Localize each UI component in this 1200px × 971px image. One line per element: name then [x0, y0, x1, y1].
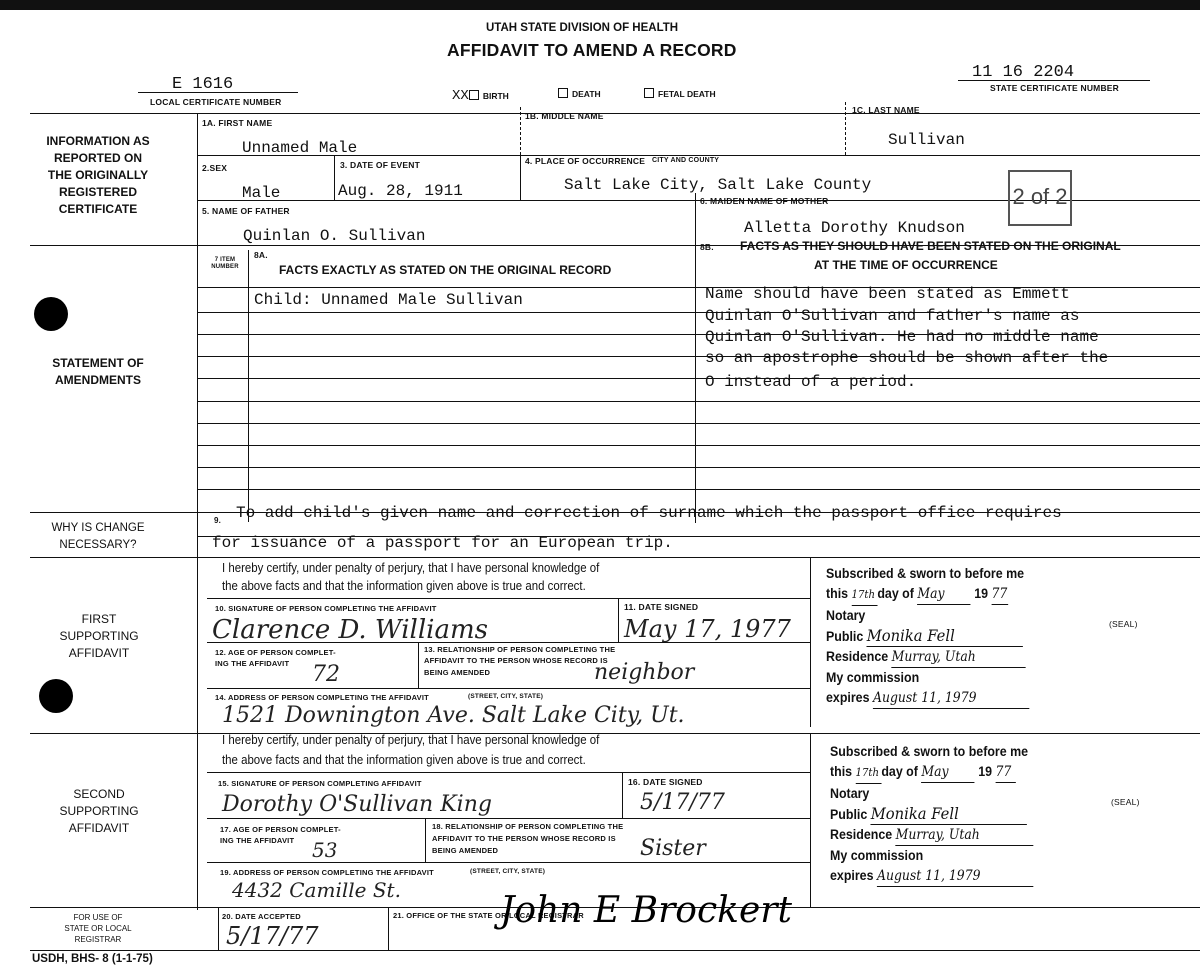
notary-line1: Subscribed & sworn to before me: [826, 564, 1029, 584]
signature-label: 15. SIGNATURE OF PERSON COMPLETING AFFID…: [218, 779, 422, 788]
relationship-label: BEING AMENDED: [432, 846, 498, 855]
punch-hole: [34, 297, 68, 331]
corrected-fact-line: so an apostrophe should be shown after t…: [705, 349, 1108, 367]
relationship-value: Sister: [640, 836, 706, 861]
registrar-label: REGISTRAR: [48, 934, 148, 945]
checkbox[interactable]: [644, 88, 654, 98]
notary-day: 17th: [856, 763, 882, 784]
notary-signature: Monika Fell: [871, 804, 1027, 825]
col-a-number: 8A.: [254, 250, 268, 260]
age-value: 72: [312, 662, 340, 687]
record-type-death[interactable]: DEATH: [558, 88, 601, 99]
first-name-label: 1A. FIRST NAME: [202, 118, 272, 128]
corrected-fact-line: Name should have been stated as Emmett: [705, 285, 1070, 303]
date-signed-value: May 17, 1977: [624, 615, 791, 643]
rule: [248, 250, 249, 522]
address-label: 19. ADDRESS OF PERSON COMPLETING THE AFF…: [220, 868, 434, 877]
signature-value: Clarence D. Williams: [212, 615, 488, 645]
agency-name: UTAH STATE DIVISION OF HEALTH: [486, 22, 678, 34]
rule: [30, 557, 1200, 558]
item-number-label: 7 ITEM NUMBER: [203, 257, 247, 271]
age-label: ING THE AFFIDAVIT: [215, 659, 289, 668]
notary-month: May: [921, 762, 974, 783]
section-registrar: FOR USE OF STATE OR LOCAL REGISTRAR: [48, 912, 148, 945]
rule: [810, 557, 811, 727]
rule: [207, 862, 810, 863]
notary-block-1: Subscribed & sworn to before me this 17t…: [826, 564, 1029, 709]
sex-label: 2.SEX: [202, 163, 227, 173]
registrar-signature: John E Brockert: [500, 890, 792, 931]
residence-value: Murray, Utah: [896, 825, 1034, 846]
rule: [207, 598, 810, 599]
local-certificate-label: LOCAL CERTIFICATE NUMBER: [150, 97, 282, 107]
residence-label: Residence: [830, 827, 892, 842]
last-name-value: Sullivan: [888, 131, 965, 149]
underline: [138, 92, 298, 93]
expires-label: expires: [826, 690, 870, 705]
rule: [418, 642, 419, 688]
corrected-fact-line: Quinlan O'Sullivan. He had no middle nam…: [705, 328, 1099, 346]
record-type-fetal-death[interactable]: FETAL DEATH: [644, 88, 716, 99]
commission-label: My commission: [830, 846, 1034, 866]
date-signed-label: 11. DATE SIGNED: [624, 602, 698, 612]
notary-date-line: this 17thday of May 19 77: [826, 584, 1029, 606]
rule: [197, 423, 1200, 424]
address-sublabel: (STREET, CITY, STATE): [470, 868, 545, 875]
registrar-label: STATE OR LOCAL: [48, 923, 148, 934]
expires-value: August 11, 1979: [877, 866, 1033, 887]
rule: [197, 401, 1200, 402]
place-of-occurrence-value: Salt Lake City, Salt Lake County: [564, 176, 871, 194]
father-name-label: 5. NAME OF FATHER: [202, 206, 290, 216]
public-label: Public: [826, 629, 863, 644]
page-stamp: 2 of 2: [1008, 170, 1072, 226]
col-b-header-line1: FACTS AS THEY SHOULD HAVE BEEN STATED ON…: [740, 239, 1121, 253]
relationship-label: 13. RELATIONSHIP OF PERSON COMPLETING TH…: [424, 645, 615, 654]
place-of-occurrence-sublabel: CITY AND COUNTY: [652, 157, 719, 164]
rule: [207, 688, 810, 689]
rule: [197, 489, 1200, 490]
address-value: 1521 Downington Ave. Salt Lake City, Ut.: [222, 703, 685, 728]
place-of-occurrence-label: 4. PLACE OF OCCURRENCE: [525, 156, 645, 166]
notary-year-prefix: 19: [978, 764, 992, 779]
checkbox-label: FETAL DEATH: [658, 89, 716, 99]
notary-day-of: day of: [881, 764, 918, 779]
commission-label: My commission: [826, 668, 1029, 688]
rule: [197, 467, 1200, 468]
checkbox[interactable]: [469, 90, 479, 100]
underline: [958, 80, 1150, 81]
section-original-info: INFORMATION AS REPORTED ON THE ORIGINALL…: [42, 133, 154, 218]
section-amendments: STATEMENT OF AMENDMENTS: [42, 355, 154, 389]
notary-this: this: [826, 586, 848, 601]
notary-day-of: day of: [877, 586, 914, 601]
rule: [520, 155, 521, 201]
notary-line1: Subscribed & sworn to before me: [830, 742, 1034, 762]
address-value: 4432 Camille St.: [232, 878, 401, 902]
scan-border: [0, 0, 1200, 10]
public-label: Public: [830, 807, 867, 822]
rule: [810, 733, 811, 907]
date-signed-value: 5/17/77: [640, 790, 725, 815]
mother-maiden-name-value: Alletta Dorothy Knudson: [744, 219, 965, 237]
notary-month: May: [917, 584, 970, 605]
checkbox-label: BIRTH: [483, 91, 509, 101]
address-label: 14. ADDRESS OF PERSON COMPLETING THE AFF…: [215, 693, 429, 702]
relationship-value: neighbor: [594, 660, 694, 685]
relationship-label: 18. RELATIONSHIP OF PERSON COMPLETING TH…: [432, 822, 623, 831]
checkbox[interactable]: [558, 88, 568, 98]
rule: [30, 113, 1200, 114]
certification-text: the above facts and that the information…: [222, 749, 586, 770]
rule: [197, 155, 1200, 156]
rule: [207, 772, 810, 773]
form-id: USDH, BHS- 8 (1-1-75): [32, 953, 153, 965]
rule: [618, 598, 619, 642]
certification-text: I hereby certify, under penalty of perju…: [222, 729, 599, 750]
notary-date-line: this 17thday of May 19 77: [830, 762, 1034, 784]
rule: [218, 907, 219, 951]
relationship-label: BEING AMENDED: [424, 668, 490, 677]
rule: [30, 950, 1200, 951]
expires-label: expires: [830, 868, 874, 883]
rule: [695, 193, 696, 523]
relationship-label: AFFIDAVIT TO THE PERSON WHOSE RECORD IS: [432, 834, 616, 843]
father-name-value: Quinlan O. Sullivan: [243, 227, 425, 245]
age-label: 17. AGE OF PERSON COMPLET-: [220, 825, 341, 834]
mother-maiden-name-label: 6. MAIDEN NAME OF MOTHER: [700, 196, 829, 206]
rule: [845, 102, 846, 155]
registrar-label: FOR USE OF: [48, 912, 148, 923]
typed-x-mark: XX: [452, 88, 469, 104]
seal-label: (SEAL): [1111, 797, 1140, 807]
notary-year: 77: [991, 584, 1008, 605]
residence-label: Residence: [826, 649, 888, 664]
original-fact-line: Child: Unnamed Male Sullivan: [254, 291, 523, 309]
notary-year: 77: [995, 762, 1015, 783]
record-type-birth[interactable]: XXBIRTH: [452, 88, 509, 104]
col-b-header-line2: AT THE TIME OF OCCURRENCE: [814, 258, 998, 272]
signature-label: 10. SIGNATURE OF PERSON COMPLETING THE A…: [215, 604, 437, 613]
rule: [388, 907, 389, 951]
rule: [425, 818, 426, 862]
age-value: 53: [312, 838, 337, 862]
col-b-number: 8B.: [700, 242, 714, 252]
notary-label: Notary: [826, 606, 1029, 626]
address-sublabel: (STREET, CITY, STATE): [468, 693, 543, 700]
reason-line1: To add child's given name and correction…: [236, 504, 1062, 522]
notary-day: 17th: [852, 585, 878, 606]
date-of-event-value: Aug. 28, 1911: [338, 182, 463, 200]
notary-label: Notary: [830, 784, 1034, 804]
date-signed-label: 16. DATE SIGNED: [628, 777, 703, 787]
last-name-label: 1C. LAST NAME: [852, 105, 920, 115]
age-label: ING THE AFFIDAVIT: [220, 836, 294, 845]
section-first-affidavit: FIRST SUPPORTING AFFIDAVIT: [52, 611, 146, 662]
corrected-fact-line: O instead of a period.: [705, 373, 916, 391]
certification-text: the above facts and that the information…: [222, 575, 586, 596]
rule: [30, 733, 1200, 734]
rule: [197, 378, 1200, 379]
rule: [334, 155, 335, 201]
notary-year-prefix: 19: [974, 586, 988, 601]
relationship-label: AFFIDAVIT TO THE PERSON WHOSE RECORD IS: [424, 656, 608, 665]
expires-value: August 11, 1979: [873, 688, 1029, 709]
section-why-change: WHY IS CHANGE NECESSARY?: [38, 520, 158, 554]
rule: [622, 772, 623, 818]
rule: [207, 818, 810, 819]
middle-name-label: 1B. MIDDLE NAME: [525, 111, 604, 121]
date-of-event-label: 3. DATE OF EVENT: [340, 160, 420, 170]
age-label: 12. AGE OF PERSON COMPLET-: [215, 648, 336, 657]
residence-value: Murray, Utah: [892, 647, 1026, 668]
rule: [520, 107, 521, 155]
seal-label: (SEAL): [1109, 619, 1138, 629]
date-accepted-value: 5/17/77: [226, 922, 319, 950]
signature-value: Dorothy O'Sullivan King: [222, 792, 492, 817]
state-certificate-label: STATE CERTIFICATE NUMBER: [990, 83, 1119, 93]
rule: [207, 642, 810, 643]
checkbox-label: DEATH: [572, 89, 601, 99]
date-accepted-label: 20. DATE ACCEPTED: [222, 912, 301, 921]
rule: [197, 445, 1200, 446]
reason-line2: for issuance of a passport for an Europe…: [212, 534, 673, 552]
notary-signature: Monika Fell: [867, 626, 1023, 647]
corrected-fact-line: Quinlan O'Sullivan and father's name as: [705, 307, 1079, 325]
col-a-header: FACTS EXACTLY AS STATED ON THE ORIGINAL …: [279, 263, 611, 277]
punch-hole: [39, 679, 73, 713]
form-title: AFFIDAVIT TO AMEND A RECORD: [447, 40, 737, 61]
section-second-affidavit: SECOND SUPPORTING AFFIDAVIT: [52, 786, 146, 837]
notary-this: this: [830, 764, 852, 779]
reason-number: 9.: [214, 516, 221, 525]
notary-block-2: Subscribed & sworn to before me this 17t…: [830, 742, 1034, 887]
